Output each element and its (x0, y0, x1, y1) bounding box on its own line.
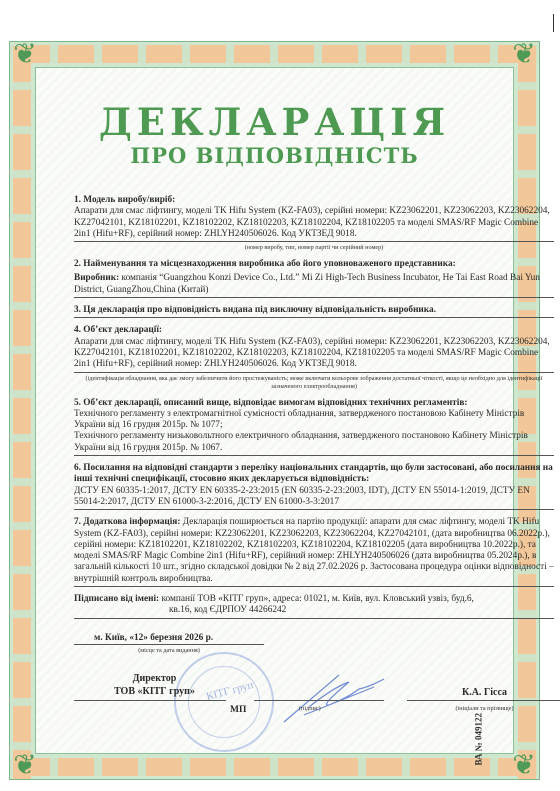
section-4-text: Апарати для смас ліфтингу, моделі TK Hif… (74, 337, 554, 371)
section-6: 6. Посилання на відповідні стандарти з п… (74, 463, 554, 510)
director-title: Директор (114, 672, 195, 685)
name-note: (ініціали та прізвище) (407, 703, 560, 714)
manufacturer-text: компанія “Guangzhou Konzi Device Co., Lt… (74, 273, 540, 294)
name-line (407, 700, 560, 701)
scan-edge-mark (553, 14, 554, 32)
signed-label: Підписано від імені: (74, 594, 159, 604)
director-company: ТОВ «КІТГ груп» (114, 685, 195, 698)
signature-note: (підпис) (299, 703, 321, 714)
serial-number: ВА № 049122 (473, 713, 483, 765)
manufacturer-label: Виробник: (74, 273, 119, 283)
section-4-heading: 4. Об’єкт декларації: (74, 325, 554, 336)
signatory-name: К.А. Гісса (407, 687, 560, 698)
section-5: 5. Об’єкт декларації, описаний вище, від… (74, 398, 554, 456)
section-1-heading: 1. Модель виробу/виріб: (74, 195, 554, 206)
frame-band-left (13, 42, 31, 779)
signature-line (254, 700, 384, 701)
section-5-line-1: Технічного регламенту з електромагнітної… (74, 409, 554, 432)
section-3-heading: 3. Ця декларація про відповідність видан… (74, 305, 554, 316)
section-3: 3. Ця декларація про відповідність видан… (74, 305, 554, 318)
section-7-heading: 7. Додаткова інформація: (74, 517, 180, 527)
section-1: 1. Модель виробу/виріб: Апарати для смас… (74, 195, 554, 242)
section-2-heading: 2. Найменування та місцезнаходження виро… (74, 259, 554, 270)
signed-line-2: кв.16, код ЄДРПОУ 44266242 (74, 605, 554, 616)
declaration-content: 1. Модель виробу/виріб: Апарати для смас… (74, 195, 554, 772)
section-6-heading: 6. Посилання на відповідні стандарти з п… (74, 463, 554, 486)
corner-ornament-icon: ❦ (8, 749, 42, 783)
section-5-line-2: Технічного регламенту низьковольтного ел… (74, 431, 554, 454)
document-body: ДЕКЛАРАЦІЯ ПРО ВІДПОВІДНІСТЬ 1. Модель в… (35, 67, 514, 754)
section-7: 7. Додаткова інформація: Декларація поши… (74, 517, 554, 587)
section-6-text: ДСТУ EN 60335-1:2017, ДСТУ EN 60335-2-23… (74, 486, 554, 509)
section-1-text: Апарати для смас ліфтингу, моделі TK Hif… (74, 206, 554, 240)
section-4-note: (ідентифікація обладнання, яка дає змогу… (74, 375, 554, 391)
frame-band-top (10, 45, 539, 63)
director-block: Директор ТОВ «КІТГ груп» (114, 672, 195, 698)
ornamental-frame: ❦ ❦ ❦ ❦ ДЕКЛАРАЦІЯ ПРО ВІДПОВІДНІСТЬ 1. … (9, 41, 540, 780)
section-1-note: (номер виробу, тип, номер партії чи сері… (74, 244, 554, 252)
company-stamp: КІТГ груп (174, 652, 274, 752)
handwritten-signature (279, 667, 389, 727)
signed-line-1: компанії ТОВ «КІТГ груп», адреса: 01021,… (162, 594, 474, 604)
section-5-heading: 5. Об’єкт декларації, описаний вище, від… (74, 398, 554, 409)
page-title: ДЕКЛАРАЦІЯ (36, 100, 513, 144)
place-date: м. Київ, «12» березня 2026 р. (74, 633, 264, 645)
seal-place-label: МП (230, 705, 246, 716)
section-2: 2. Найменування та місцезнаходження виро… (74, 259, 554, 298)
director-underline (74, 700, 226, 701)
section-4: 4. Об’єкт декларації: Апарати для смас л… (74, 325, 554, 372)
page-subtitle: ПРО ВІДПОВІДНІСТЬ (36, 143, 513, 168)
signed-on-behalf: Підписано від імені: компанії ТОВ «КІТГ … (74, 594, 554, 619)
